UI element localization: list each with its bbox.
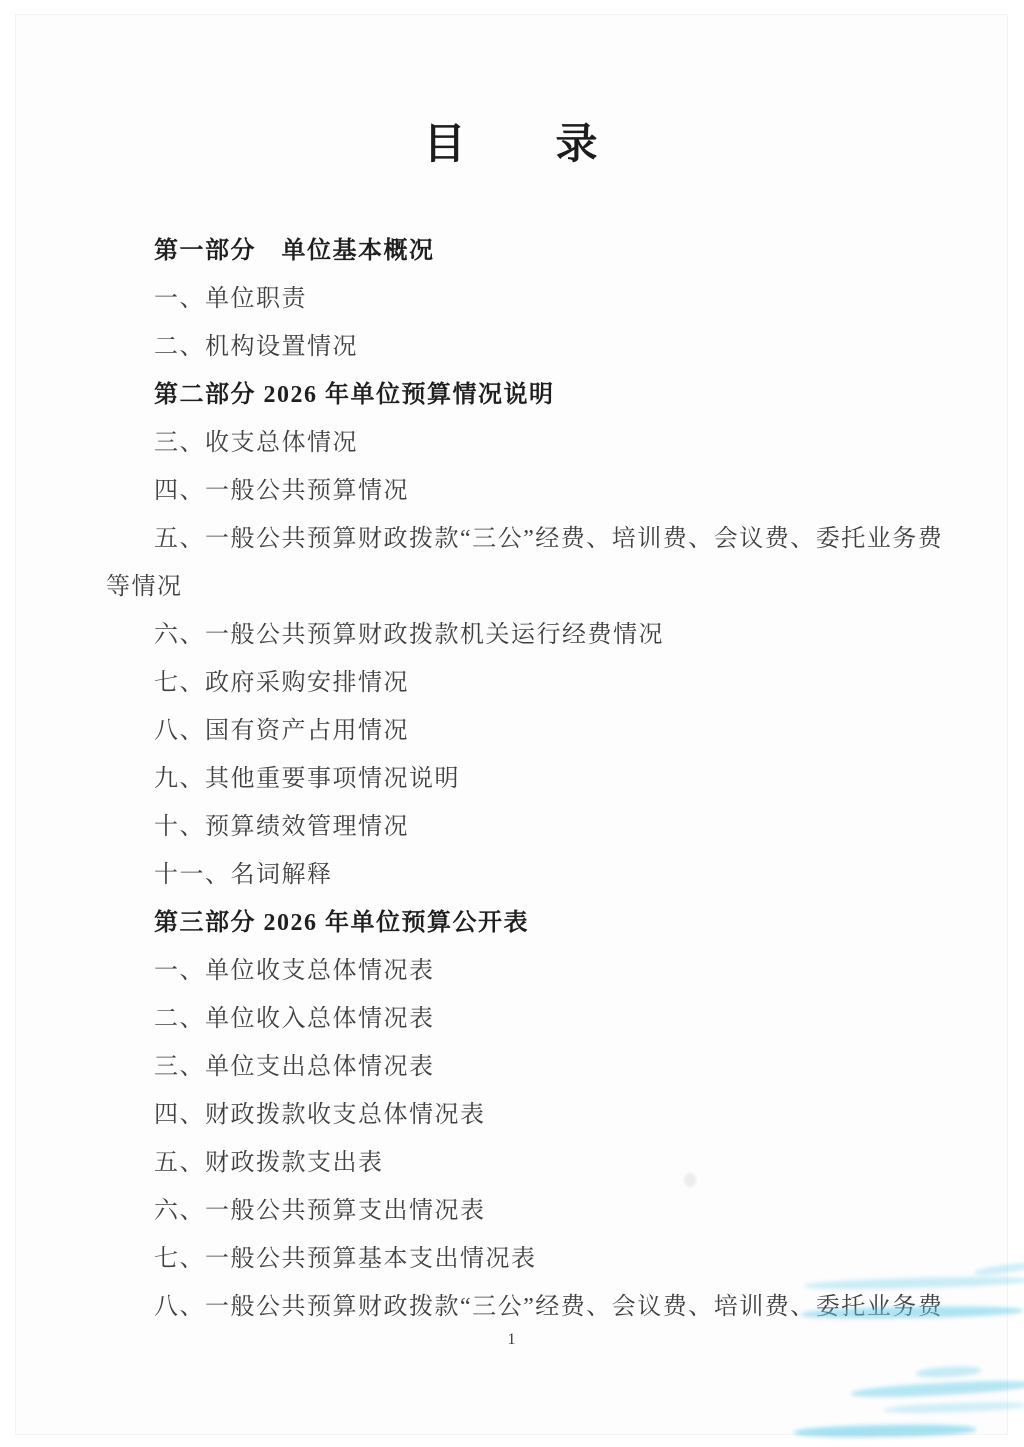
toc-entry: 一、单位职责	[106, 275, 946, 323]
toc-entry: 三、收支总体情况	[106, 419, 946, 467]
toc-entry: 九、其他重要事项情况说明	[106, 755, 946, 803]
toc-list: 第一部分 单位基本概况一、单位职责二、机构设置情况第二部分 2026 年单位预算…	[106, 227, 946, 1331]
toc-entry: 第三部分 2026 年单位预算公开表	[106, 899, 946, 947]
highlighter-smudge	[974, 1261, 1024, 1277]
toc-entry: 五、财政拨款支出表	[106, 1139, 946, 1187]
toc-entry: 六、一般公共预算财政拨款机关运行经费情况	[106, 611, 946, 659]
highlighter-smudge	[884, 1401, 1024, 1415]
toc-entry: 四、一般公共预算情况	[106, 467, 946, 515]
toc-entry: 十、预算绩效管理情况	[106, 803, 946, 851]
toc-entry: 等情况	[106, 563, 946, 611]
toc-entry: 第一部分 单位基本概况	[106, 227, 946, 275]
toc-entry: 三、单位支出总体情况表	[106, 1043, 946, 1091]
toc-entry: 十一、名词解释	[106, 851, 946, 899]
toc-entry: 二、机构设置情况	[106, 323, 946, 371]
highlighter-smudge	[794, 1423, 976, 1438]
toc-entry: 七、政府采购安排情况	[106, 659, 946, 707]
highlighter-smudge	[851, 1378, 1024, 1400]
toc-entry: 六、一般公共预算支出情况表	[106, 1187, 946, 1235]
toc-entry: 七、一般公共预算基本支出情况表	[106, 1235, 946, 1283]
toc-entry: 八、一般公共预算财政拨款“三公”经费、会议费、培训费、委托业务费	[106, 1283, 946, 1331]
document-title: 目 录	[16, 111, 1007, 171]
document-page: 目 录 第一部分 单位基本概况一、单位职责二、机构设置情况第二部分 2026 年…	[15, 14, 1008, 1435]
toc-entry: 八、国有资产占用情况	[106, 707, 946, 755]
highlighter-smudge	[916, 1365, 981, 1378]
page-number: 1	[16, 1331, 1007, 1349]
toc-entry: 二、单位收入总体情况表	[106, 995, 946, 1043]
toc-entry: 五、一般公共预算财政拨款“三公”经费、培训费、会议费、委托业务费	[106, 515, 946, 563]
toc-entry: 第二部分 2026 年单位预算情况说明	[106, 371, 946, 419]
toc-entry: 四、财政拨款收支总体情况表	[106, 1091, 946, 1139]
toc-entry: 一、单位收支总体情况表	[106, 947, 946, 995]
screenshot-canvas: 目 录 第一部分 单位基本概况一、单位职责二、机构设置情况第二部分 2026 年…	[0, 0, 1024, 1447]
